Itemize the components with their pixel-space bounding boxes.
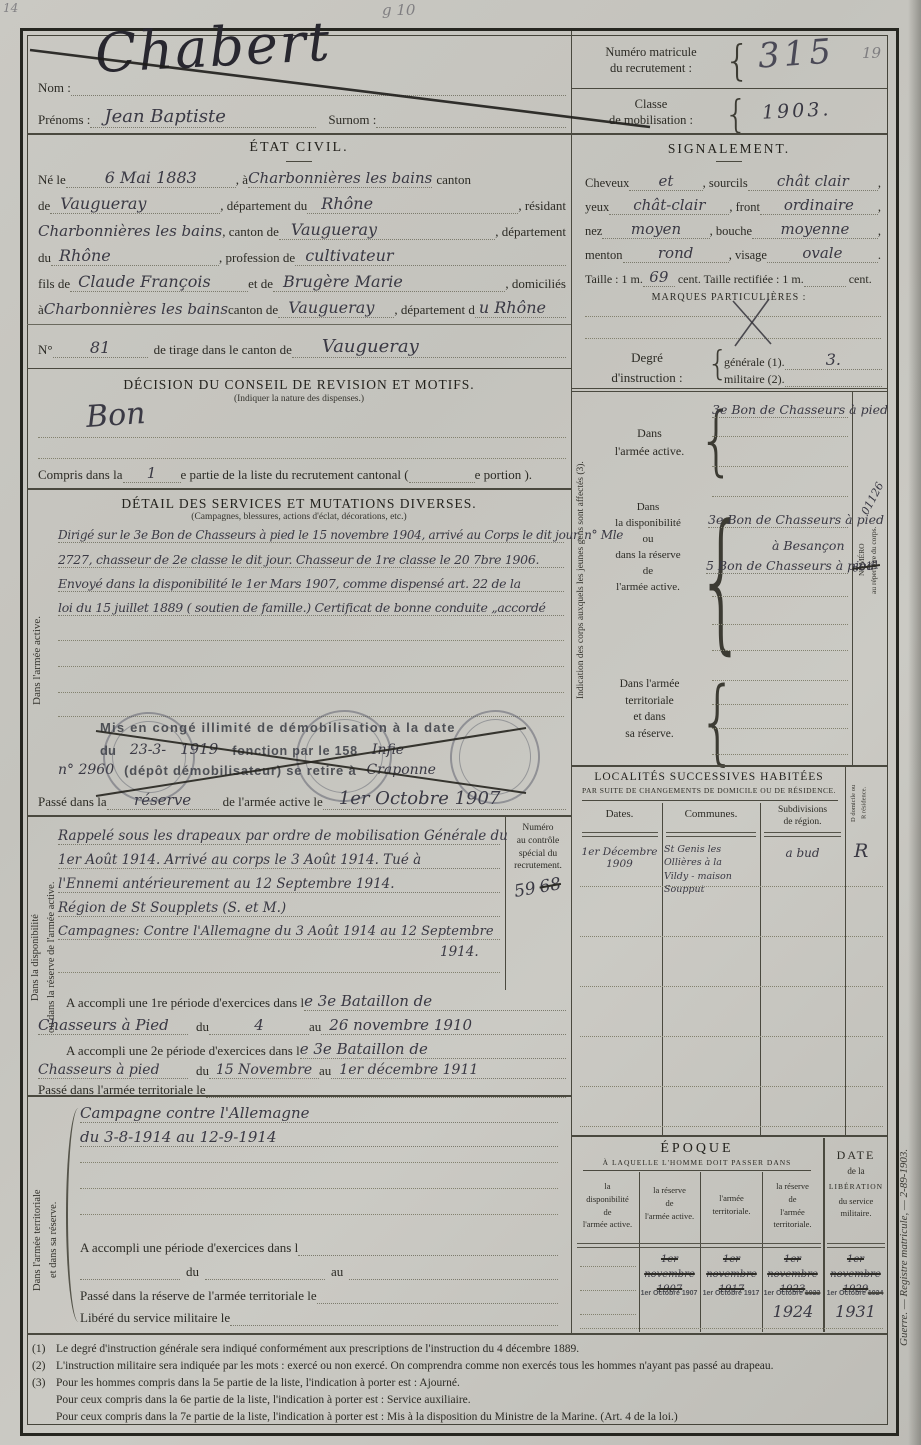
row-line	[580, 1036, 883, 1037]
signalement-row-4: menton rond , visage ovale .	[585, 244, 881, 263]
writein-line	[349, 1277, 558, 1280]
tirage-label: de tirage dans le canton de	[148, 342, 292, 358]
etat-line-6: à Charbonnières les bains canton de Vaug…	[38, 298, 566, 318]
col-header-dates: Dates.	[577, 808, 662, 820]
controle-number-part1: 59	[513, 878, 538, 901]
cheveux-value: et	[629, 172, 702, 191]
canton-value: Vaugueray	[50, 194, 220, 214]
tirage-number: 81	[53, 338, 148, 358]
footnote-text: Pour les hommes compris dans la 5e parti…	[56, 1375, 460, 1392]
rule	[27, 324, 571, 325]
classe-value: 1903.	[761, 98, 831, 124]
footnote-text: L'instruction militaire sera indiquée pa…	[56, 1358, 774, 1375]
front-value: ordinaire	[760, 196, 878, 215]
localite-row1-commune: St Genis les Ollières à la Vildy - maiso…	[664, 843, 759, 896]
signalement-row-2: yeux chât-clair , front ordinaire ,	[585, 196, 881, 215]
rule	[571, 88, 887, 89]
label: du	[38, 250, 51, 266]
periode1-from: 4	[209, 1016, 309, 1035]
rule	[716, 161, 742, 162]
writein-line	[580, 1266, 636, 1267]
birth-date: 6 Mai 1883	[66, 168, 236, 188]
writein-line	[205, 1279, 325, 1280]
label: et de	[248, 276, 273, 292]
decision-value: Bon	[85, 396, 147, 435]
label: Compris dans la	[38, 467, 123, 483]
menton-value: rond	[623, 244, 729, 263]
epoque-stamp-col2: 1er Octobre 1907	[638, 1290, 700, 1297]
classe-label: Classe de mobilisation :	[585, 96, 717, 129]
rule	[845, 765, 846, 1135]
label: .	[878, 248, 881, 263]
prenoms-label: Prénoms :	[38, 112, 90, 128]
rule	[571, 391, 887, 392]
localite-row1-dr: R	[854, 840, 868, 862]
profession-value: cultivateur	[295, 246, 566, 266]
portion-writein	[409, 482, 475, 483]
margin-imprint: Guerre. — Registre matricule, — 2-89-190…	[898, 1090, 910, 1405]
corps-dispo-value1: 3e Bon de Chasseurs à pied	[708, 512, 848, 528]
epoque-subtitle: À LAQUELLE L'HOMME DOIT PASSER DANS	[575, 1158, 819, 1167]
name-value-script: Chabert	[94, 10, 333, 85]
footnote-number: (2)	[32, 1358, 56, 1375]
corps-active-label: Dans l'armée active.	[602, 424, 697, 460]
writein-line	[785, 384, 882, 387]
label: , bouche	[710, 224, 752, 239]
matricule-label-line2: du recrutement :	[585, 60, 717, 76]
stamp-date-prefix: 1er Octobre	[764, 1290, 805, 1297]
writein-line	[712, 680, 848, 681]
matricule-number: 315	[757, 31, 837, 76]
epoque-date-header-1: DATE	[827, 1148, 885, 1163]
label: , profession de	[219, 250, 295, 266]
writein-line	[58, 640, 564, 641]
label: fils de	[38, 276, 70, 292]
label: Né le	[38, 172, 66, 188]
mobilisation-line3: l'Ennemi antérieurement au 12 Septembre …	[58, 876, 500, 893]
rule	[571, 31, 572, 1333]
writein-line	[58, 692, 564, 693]
campagnes-line-cont: 1914.	[440, 944, 479, 960]
terr-campagne-line1: Campagne contre l'Allemagne	[80, 1104, 558, 1123]
liste-partie-value: 1	[123, 464, 181, 483]
rule	[27, 368, 571, 369]
label: , département du	[220, 198, 307, 214]
localite-row1-date: 1er Décembre 1909	[577, 846, 662, 870]
row-line	[580, 986, 883, 987]
epoque-date-header-3: LIBÉRATION	[827, 1182, 885, 1191]
epoque-stamp-col5: 1er Octobre 1924	[824, 1290, 886, 1297]
rule	[27, 1333, 887, 1335]
corps-side-label: Indication des corps auxquels les jeunes…	[576, 398, 586, 762]
degre-label-line1: Degré	[592, 348, 702, 368]
label: A accompli une période d'exercices dans …	[80, 1240, 298, 1256]
corps-brace-3	[698, 666, 737, 776]
label: ,	[878, 200, 881, 215]
taille-row: Taille : 1 m. 69 cent. Taille rectifiée …	[585, 268, 881, 287]
writein-line	[712, 596, 848, 597]
classe-brace	[724, 92, 748, 136]
label: yeux	[585, 200, 609, 215]
label: du	[188, 1019, 209, 1035]
matricule-brace	[724, 36, 751, 85]
mother-name: Brugère Marie	[273, 272, 505, 292]
label: au	[309, 1019, 321, 1035]
firstname-row: Prénoms : Jean Baptiste Surnom :	[38, 106, 566, 128]
label: A accompli une 2e période d'exercices da…	[38, 1043, 300, 1059]
nom-writein-line	[71, 93, 566, 96]
signalement-row-1: Cheveux et , sourcils chât clair ,	[585, 172, 881, 191]
mobilisation-line2: 1er Août 1914. Arrivé au corps le 3 Août…	[58, 852, 500, 869]
services-subtitle: (Campagnes, blessures, actions d'éclat, …	[27, 512, 571, 522]
nom-label: Nom :	[38, 80, 71, 96]
periode1-to: 26 novembre 1910	[321, 1016, 566, 1035]
writein-line	[317, 1301, 558, 1304]
label: , département	[495, 224, 566, 240]
label: canton de	[228, 302, 278, 318]
pencil-annotation-top-center: g 10	[382, 1, 415, 19]
periode1-row2: Chasseurs à Pied du 4 au 26 novembre 191…	[38, 1016, 566, 1035]
writein-line	[585, 316, 881, 317]
writein-line	[804, 286, 846, 287]
label: de	[38, 198, 50, 214]
writein-line	[58, 972, 500, 973]
label: , département d	[394, 302, 475, 318]
col-header-domicile-residence: D domicile ou R résidence.	[849, 768, 870, 838]
terr-du-au-row: du au	[80, 1264, 558, 1280]
footnote-number: (3)	[32, 1375, 56, 1392]
services-side-label: Dans l'armée active.	[31, 560, 43, 760]
terr-side-label: Dans l'armée territoriale et dans sa rés…	[30, 1140, 62, 1340]
writein-line	[230, 1323, 558, 1326]
footnote-3-cont2: Pour ceux compris dans la 7e partie de l…	[32, 1409, 884, 1426]
degre-generale-row: générale (1). 3.	[724, 350, 882, 370]
rule	[286, 161, 312, 162]
rule	[27, 815, 571, 817]
classe-label-line1: Classe	[585, 96, 717, 112]
label: au	[325, 1264, 349, 1280]
writein-line	[712, 496, 848, 497]
compris-row: Compris dans la 1 e partie de la liste d…	[38, 464, 566, 483]
row-line	[580, 1086, 883, 1087]
writein-line	[712, 754, 848, 755]
matricule-label-line1: Numéro matricule	[585, 44, 717, 60]
footnote-2: (2) L'instruction militaire sera indiqué…	[32, 1358, 884, 1375]
header-underline	[764, 832, 841, 837]
terr-periode-row: A accompli une période d'exercices dans …	[80, 1240, 558, 1256]
degre-label-line2: d'instruction :	[592, 368, 702, 388]
periode1-row1: A accompli une 1re période d'exercices d…	[38, 992, 566, 1011]
header-underline	[582, 832, 658, 837]
rule	[571, 388, 887, 389]
classe-label-line2: de mobilisation :	[585, 112, 717, 128]
localites-title: LOCALITÉS SUCCESSIVES HABITÉES	[575, 771, 843, 783]
degre-generale-value: 3.	[785, 350, 882, 370]
localites-subtitle: PAR SUITE DE CHANGEMENTS DE DOMICILE OU …	[575, 786, 843, 795]
mobilisation-line1: Rappelé sous les drapeaux par ordre de m…	[58, 828, 500, 845]
col-header-subdivisions: Subdivisions de région.	[760, 804, 845, 829]
epoque-final-col5: 1931	[828, 1302, 883, 1321]
rule	[27, 1095, 571, 1097]
writein-line	[585, 338, 881, 339]
label: nez	[585, 224, 602, 239]
writein-line	[712, 650, 848, 651]
epoque-col3-header: l'armée territoriale.	[703, 1192, 760, 1218]
corps-active-value: 3e Bon de Chasseurs à pied	[712, 402, 848, 418]
father-name: Claude François	[70, 272, 248, 292]
rule	[582, 800, 838, 801]
corps-dispo-value3: 5 Bon de Chasseurs à pied	[706, 558, 848, 574]
label: cent. Taille rectifiée : 1 m.	[675, 272, 804, 287]
epoque-date-header-2: de la	[827, 1166, 885, 1176]
etat-civil-title: ÉTAT CIVIL.	[27, 140, 571, 156]
etat-line-4: du Rhône , profession de cultivateur	[38, 246, 566, 266]
writein-line	[80, 1162, 558, 1163]
services-entry-line1: Dirigé sur le 3e Bon de Chasseurs à pied…	[58, 528, 564, 543]
label: Taille : 1 m.	[585, 272, 643, 287]
services-entry-line2: 2727, chasseur de 2e classe le dit jour.…	[58, 552, 564, 568]
surnom-label: Surnom :	[316, 112, 376, 128]
label: militaire (2).	[724, 372, 785, 387]
label: Cheveux	[585, 176, 629, 191]
sourcils-value: chât clair	[748, 172, 878, 191]
stamp-year-struck: 1924	[868, 1290, 884, 1297]
label: ,	[878, 224, 881, 239]
periode2-unit: e 3e Bataillon de	[300, 1040, 566, 1059]
tirage-no-label: N°	[38, 342, 53, 358]
label: canton	[432, 172, 471, 188]
writein-line	[580, 1290, 636, 1291]
epoque-title: ÉPOQUE	[575, 1141, 819, 1157]
writein-line	[38, 437, 566, 438]
departement-value: Rhône	[307, 194, 518, 214]
rule	[823, 1138, 825, 1332]
periode2-row1: A accompli une 2e période d'exercices da…	[38, 1040, 566, 1059]
label: menton	[585, 248, 623, 263]
label: , domiciliés	[505, 276, 566, 292]
row-line	[580, 886, 883, 887]
terr-passe-row: Passé dans la réserve de l'armée territo…	[80, 1288, 558, 1304]
tirage-canton: Vaugueray	[292, 336, 566, 358]
epoque-final-col4: 1924	[768, 1302, 818, 1321]
taille-value: 69	[643, 268, 675, 287]
label: e partie de la liste du recrutement cant…	[181, 467, 409, 483]
mobilisation-line4: Région de St Soupplets (S. et M.)	[58, 900, 500, 917]
services-title: DÉTAIL DES SERVICES ET MUTATIONS DIVERSE…	[27, 496, 571, 512]
etat-line-1: Né le 6 Mai 1883 , à Charbonnières les b…	[38, 168, 566, 188]
footnote-1: (1) Le degré d'instruction générale sera…	[32, 1341, 884, 1358]
etat-line-3: Charbonnières les bains , canton de Vaug…	[38, 220, 566, 240]
services-entry-line3: Envoyé dans la disponibilité le 1er Mars…	[58, 576, 564, 592]
degre-label: Degré d'instruction :	[592, 348, 702, 387]
label: , sourcils	[703, 176, 748, 191]
etat-line-5: fils de Claude François et de Brugère Ma…	[38, 272, 566, 292]
label: cent.	[846, 272, 872, 287]
row-line	[580, 1126, 883, 1127]
birth-place: Charbonnières les bains	[248, 169, 432, 188]
footnote-3: (3) Pour les hommes compris dans la 5e p…	[32, 1375, 884, 1392]
label: Libéré du service militaire le	[80, 1310, 230, 1326]
surnom-writein-line	[376, 125, 566, 128]
corps-dispo-label: Dans la disponibilité ou dans la réserve…	[598, 500, 698, 596]
parents-canton: Vaugueray	[278, 298, 394, 318]
localite-row1-subdivision: a bud	[762, 846, 843, 860]
parents-departement: u Rhône	[475, 298, 566, 318]
writein-line	[80, 1188, 558, 1189]
periode2-unit-cont: Chasseurs à pied	[38, 1062, 188, 1079]
periode2-from: 15 Novembre	[209, 1062, 319, 1079]
signalement-title: SIGNALEMENT.	[571, 141, 887, 157]
bouche-value: moyenne	[752, 220, 878, 239]
header-underline	[666, 832, 756, 837]
footnotes: (1) Le degré d'instruction générale sera…	[32, 1341, 884, 1426]
epoque-date-header-4: du service	[827, 1196, 885, 1206]
epoque-col4-header: la réserve de l'armée territoriale.	[764, 1180, 821, 1231]
label: Passé dans la réserve de l'armée territo…	[80, 1288, 317, 1304]
writein-line	[298, 1253, 558, 1256]
pencil-annotation-top-left: 14	[3, 1, 18, 15]
controle-number-part2: 68	[538, 874, 563, 897]
row-line	[580, 936, 883, 937]
corps-terr-label: Dans l'armée territoriale et dans sa rés…	[602, 676, 697, 743]
header-underline	[827, 1243, 885, 1248]
label: Passé dans la	[38, 794, 107, 810]
military-register-sheet: 14 g 10 Chabert Nom : Prénoms : Jean Bap…	[0, 0, 921, 1445]
label: , à	[236, 172, 248, 188]
etat-line-2: de Vaugueray , département du Rhône , ré…	[38, 194, 566, 214]
epoque-col2-header: la réserve de l'armée active.	[641, 1184, 698, 1222]
label: A accompli une 1re période d'exercices d…	[38, 995, 304, 1011]
label: ,	[878, 176, 881, 191]
footnote-text: Pour ceux compris dans la 6e partie de l…	[56, 1392, 471, 1409]
periode2-to: 1er décembre 1911	[331, 1062, 566, 1079]
writein-line	[58, 666, 564, 667]
periode1-unit-cont: Chasseurs à Pied	[38, 1016, 188, 1035]
services-entry-line4: loi du 15 juillet 1889 ( soutien de fami…	[58, 600, 564, 616]
footnote-number: (1)	[32, 1341, 56, 1358]
writein-line	[80, 1214, 558, 1215]
tirage-row: N° 81 de tirage dans le canton de Vaugue…	[38, 336, 566, 358]
epoque-date-header-5: militaire.	[827, 1208, 885, 1218]
terr-libere-row: Libéré du service militaire le	[80, 1310, 558, 1326]
writein-line	[712, 704, 848, 705]
terr-campagne-line2: du 3-8-1914 au 12-9-1914	[80, 1128, 558, 1147]
marques-label: MARQUES PARTICULIÈRES :	[571, 292, 887, 303]
label: du	[188, 1063, 209, 1079]
rule	[571, 1135, 887, 1137]
footnote-text: Pour ceux compris dans la 7e partie de l…	[56, 1409, 678, 1426]
row-line	[580, 1328, 883, 1329]
yeux-value: chât-clair	[609, 196, 729, 215]
label: e portion ).	[475, 467, 532, 483]
label: , canton de	[222, 224, 279, 240]
footnote-3-cont1: Pour ceux compris dans la 6e partie de l…	[32, 1392, 884, 1409]
writein-line	[38, 458, 566, 459]
periode2-row2: Chasseurs à pied du 15 Novembre au 1er d…	[38, 1062, 566, 1079]
label: de l'armée active le	[219, 794, 323, 810]
periode1-unit: e 3e Bataillon de	[304, 992, 566, 1011]
residence-value: Charbonnières les bains	[38, 222, 222, 240]
residence-canton: Vaugueray	[279, 220, 495, 240]
matricule-label: Numéro matricule du recrutement :	[585, 44, 717, 77]
label: , front	[729, 200, 760, 215]
rule	[583, 1170, 811, 1171]
rule	[571, 765, 887, 767]
rule	[27, 488, 571, 490]
decision-title: DÉCISION DU CONSEIL DE REVISION ET MOTIF…	[27, 377, 571, 393]
nez-value: moyen	[602, 220, 709, 239]
writein-line	[712, 728, 848, 729]
label: du	[180, 1264, 205, 1280]
signalement-row-3: nez moyen , bouche moyenne ,	[585, 220, 881, 239]
label: , résidant	[518, 198, 566, 214]
label: générale (1).	[724, 355, 785, 370]
epoque-stamp-col3: 1er Octobre 1917	[700, 1290, 762, 1297]
epoque-col1-header: la disponibilité de l'armée active.	[578, 1180, 637, 1231]
corps-dispo-value2: à Besançon	[772, 538, 845, 553]
campagnes-line: Campagnes: Contre l'Allemagne du 3 Août …	[58, 924, 500, 940]
controle-special-label: Numéro au contrôle spécial du recrutemen…	[507, 822, 569, 873]
footnote-text: Le degré d'instruction générale sera ind…	[56, 1341, 579, 1358]
epoque-stamp-col4: 1er Octobre 1923	[761, 1290, 823, 1297]
label: , visage	[729, 248, 767, 263]
rule	[852, 391, 853, 765]
rule	[27, 133, 887, 135]
stamp-date-prefix: 1er Octobre	[827, 1290, 868, 1297]
matricule-pencil-note: 19	[862, 44, 881, 62]
prenoms-value: Jean Baptiste	[90, 106, 316, 128]
visage-value: ovale	[767, 244, 878, 263]
residence-departement: Rhône	[51, 246, 219, 266]
stamp-year-struck: 1923	[805, 1290, 821, 1297]
label: au	[319, 1063, 331, 1079]
writein-line	[580, 1314, 636, 1315]
rule	[700, 1172, 701, 1332]
writein-line	[80, 1279, 180, 1280]
writein-line	[712, 466, 848, 467]
col-header-communes: Communes.	[662, 808, 760, 820]
writein-line	[712, 436, 848, 437]
writein-line	[712, 624, 848, 625]
header-underline	[577, 1243, 821, 1248]
parents-residence: Charbonnières les bains	[44, 300, 228, 318]
degre-militaire-row: militaire (2).	[724, 372, 882, 387]
